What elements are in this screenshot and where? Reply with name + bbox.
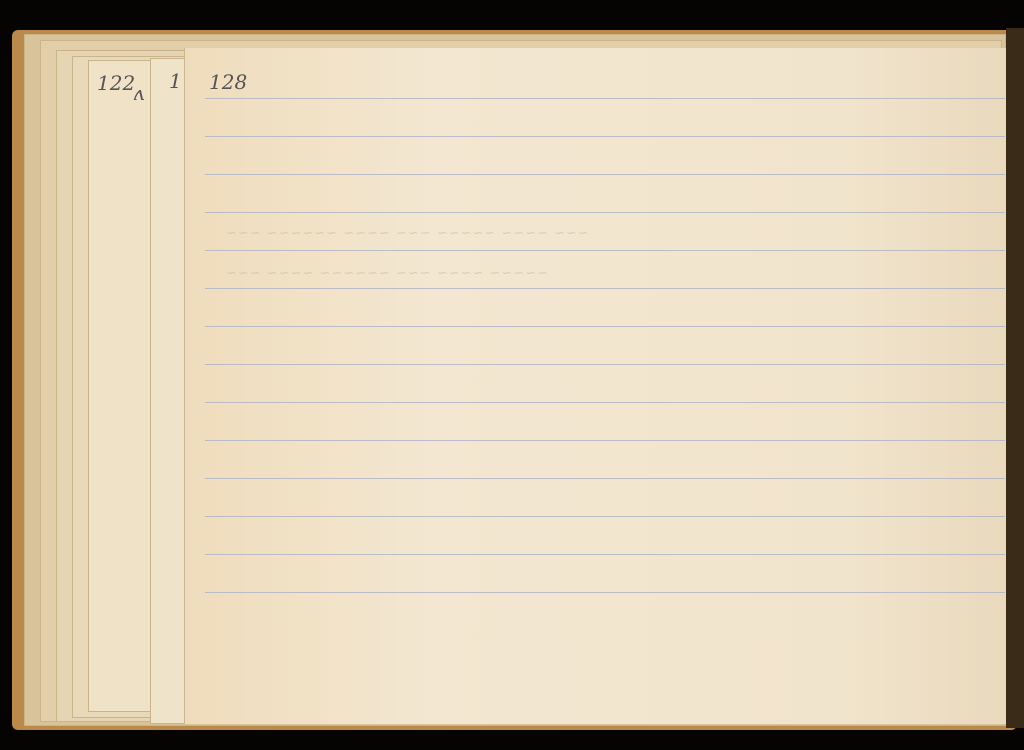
- page-number: 128: [209, 70, 247, 94]
- page-mark: ʌ: [133, 81, 144, 105]
- ruled-line: [205, 364, 1005, 365]
- page-number: 122: [97, 71, 135, 95]
- ruled-line: [205, 440, 1005, 441]
- ruled-line: [205, 554, 1005, 555]
- ruled-line: [205, 592, 1005, 593]
- ruled-line: [205, 250, 1005, 251]
- ruled-line: [205, 98, 1005, 99]
- notebook-page: 128 ~~~ ~~~~ ~~~~~ ~~~ ~~~~ ~~~~~~ ~~~ ~…: [184, 48, 1010, 724]
- bleedthrough-text: ~~~~~ ~~~~ ~~~ ~~~~~~ ~~~~ ~~~: [225, 266, 548, 281]
- ruled-line: [205, 174, 1005, 175]
- ruled-line: [205, 478, 1005, 479]
- ruled-line: [205, 288, 1005, 289]
- ruled-line: [205, 326, 1005, 327]
- ruled-line: [205, 516, 1005, 517]
- bleedthrough-text: ~~~ ~~~~ ~~~~~ ~~~ ~~~~ ~~~~~~ ~~~: [225, 226, 589, 241]
- ruled-line: [205, 402, 1005, 403]
- notebook-spine: [1006, 28, 1024, 728]
- ruled-line: [205, 212, 1005, 213]
- ruled-line: [205, 136, 1005, 137]
- page-number: 1: [169, 69, 182, 93]
